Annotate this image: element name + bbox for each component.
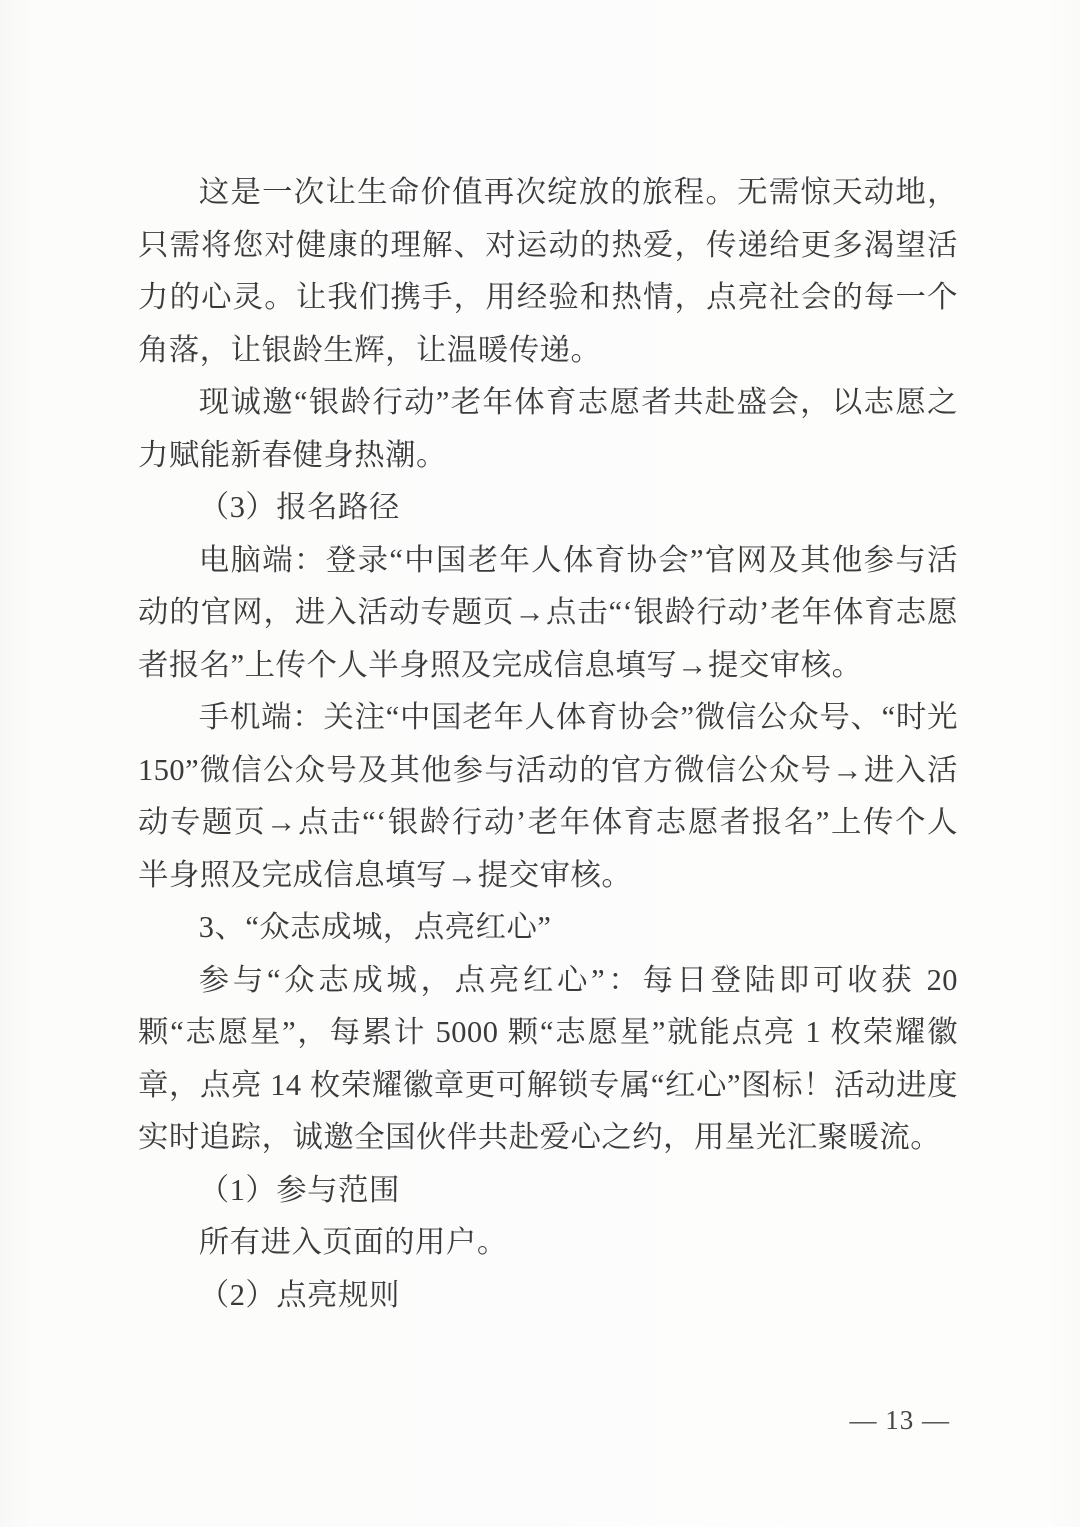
document-page: 这是一次让生命价值再次绽放的旅程。无需惊天动地，只需将您对健康的理解、对运动的热… [0, 0, 1080, 1527]
para-red-heart-rules: 参与“众志成城，点亮红心”：每日登陆即可收获 20 颗“志愿星”，每累计 500… [138, 954, 958, 1164]
para-invitation: 现诚邀“银龄行动”老年体育志愿者共赴盛会，以志愿之力赋能新春健身热潮。 [138, 376, 958, 481]
document-body: 这是一次让生命价值再次绽放的旅程。无需惊天动地，只需将您对健康的理解、对运动的热… [138, 166, 958, 1321]
heading-lighting-rules: （2）点亮规则 [138, 1269, 958, 1322]
heading-activity-red-heart: 3、“众志成城，点亮红心” [138, 901, 958, 954]
page-footer: — 13 — [850, 1400, 951, 1440]
page-number: — 13 — [850, 1405, 951, 1435]
para-pc-registration: 电脑端：登录“中国老年人体育协会”官网及其他参与活动的官网，进入活动专题页→点击… [138, 534, 958, 692]
heading-participation-scope: （1）参与范围 [138, 1164, 958, 1217]
heading-registration-path: （3）报名路径 [138, 481, 958, 534]
para-participation-scope: 所有进入页面的用户。 [138, 1216, 958, 1269]
para-volunteer-intro: 这是一次让生命价值再次绽放的旅程。无需惊天动地，只需将您对健康的理解、对运动的热… [138, 166, 958, 376]
para-mobile-registration: 手机端：关注“中国老年人体育协会”微信公众号、“时光 150”微信公众号及其他参… [138, 691, 958, 901]
